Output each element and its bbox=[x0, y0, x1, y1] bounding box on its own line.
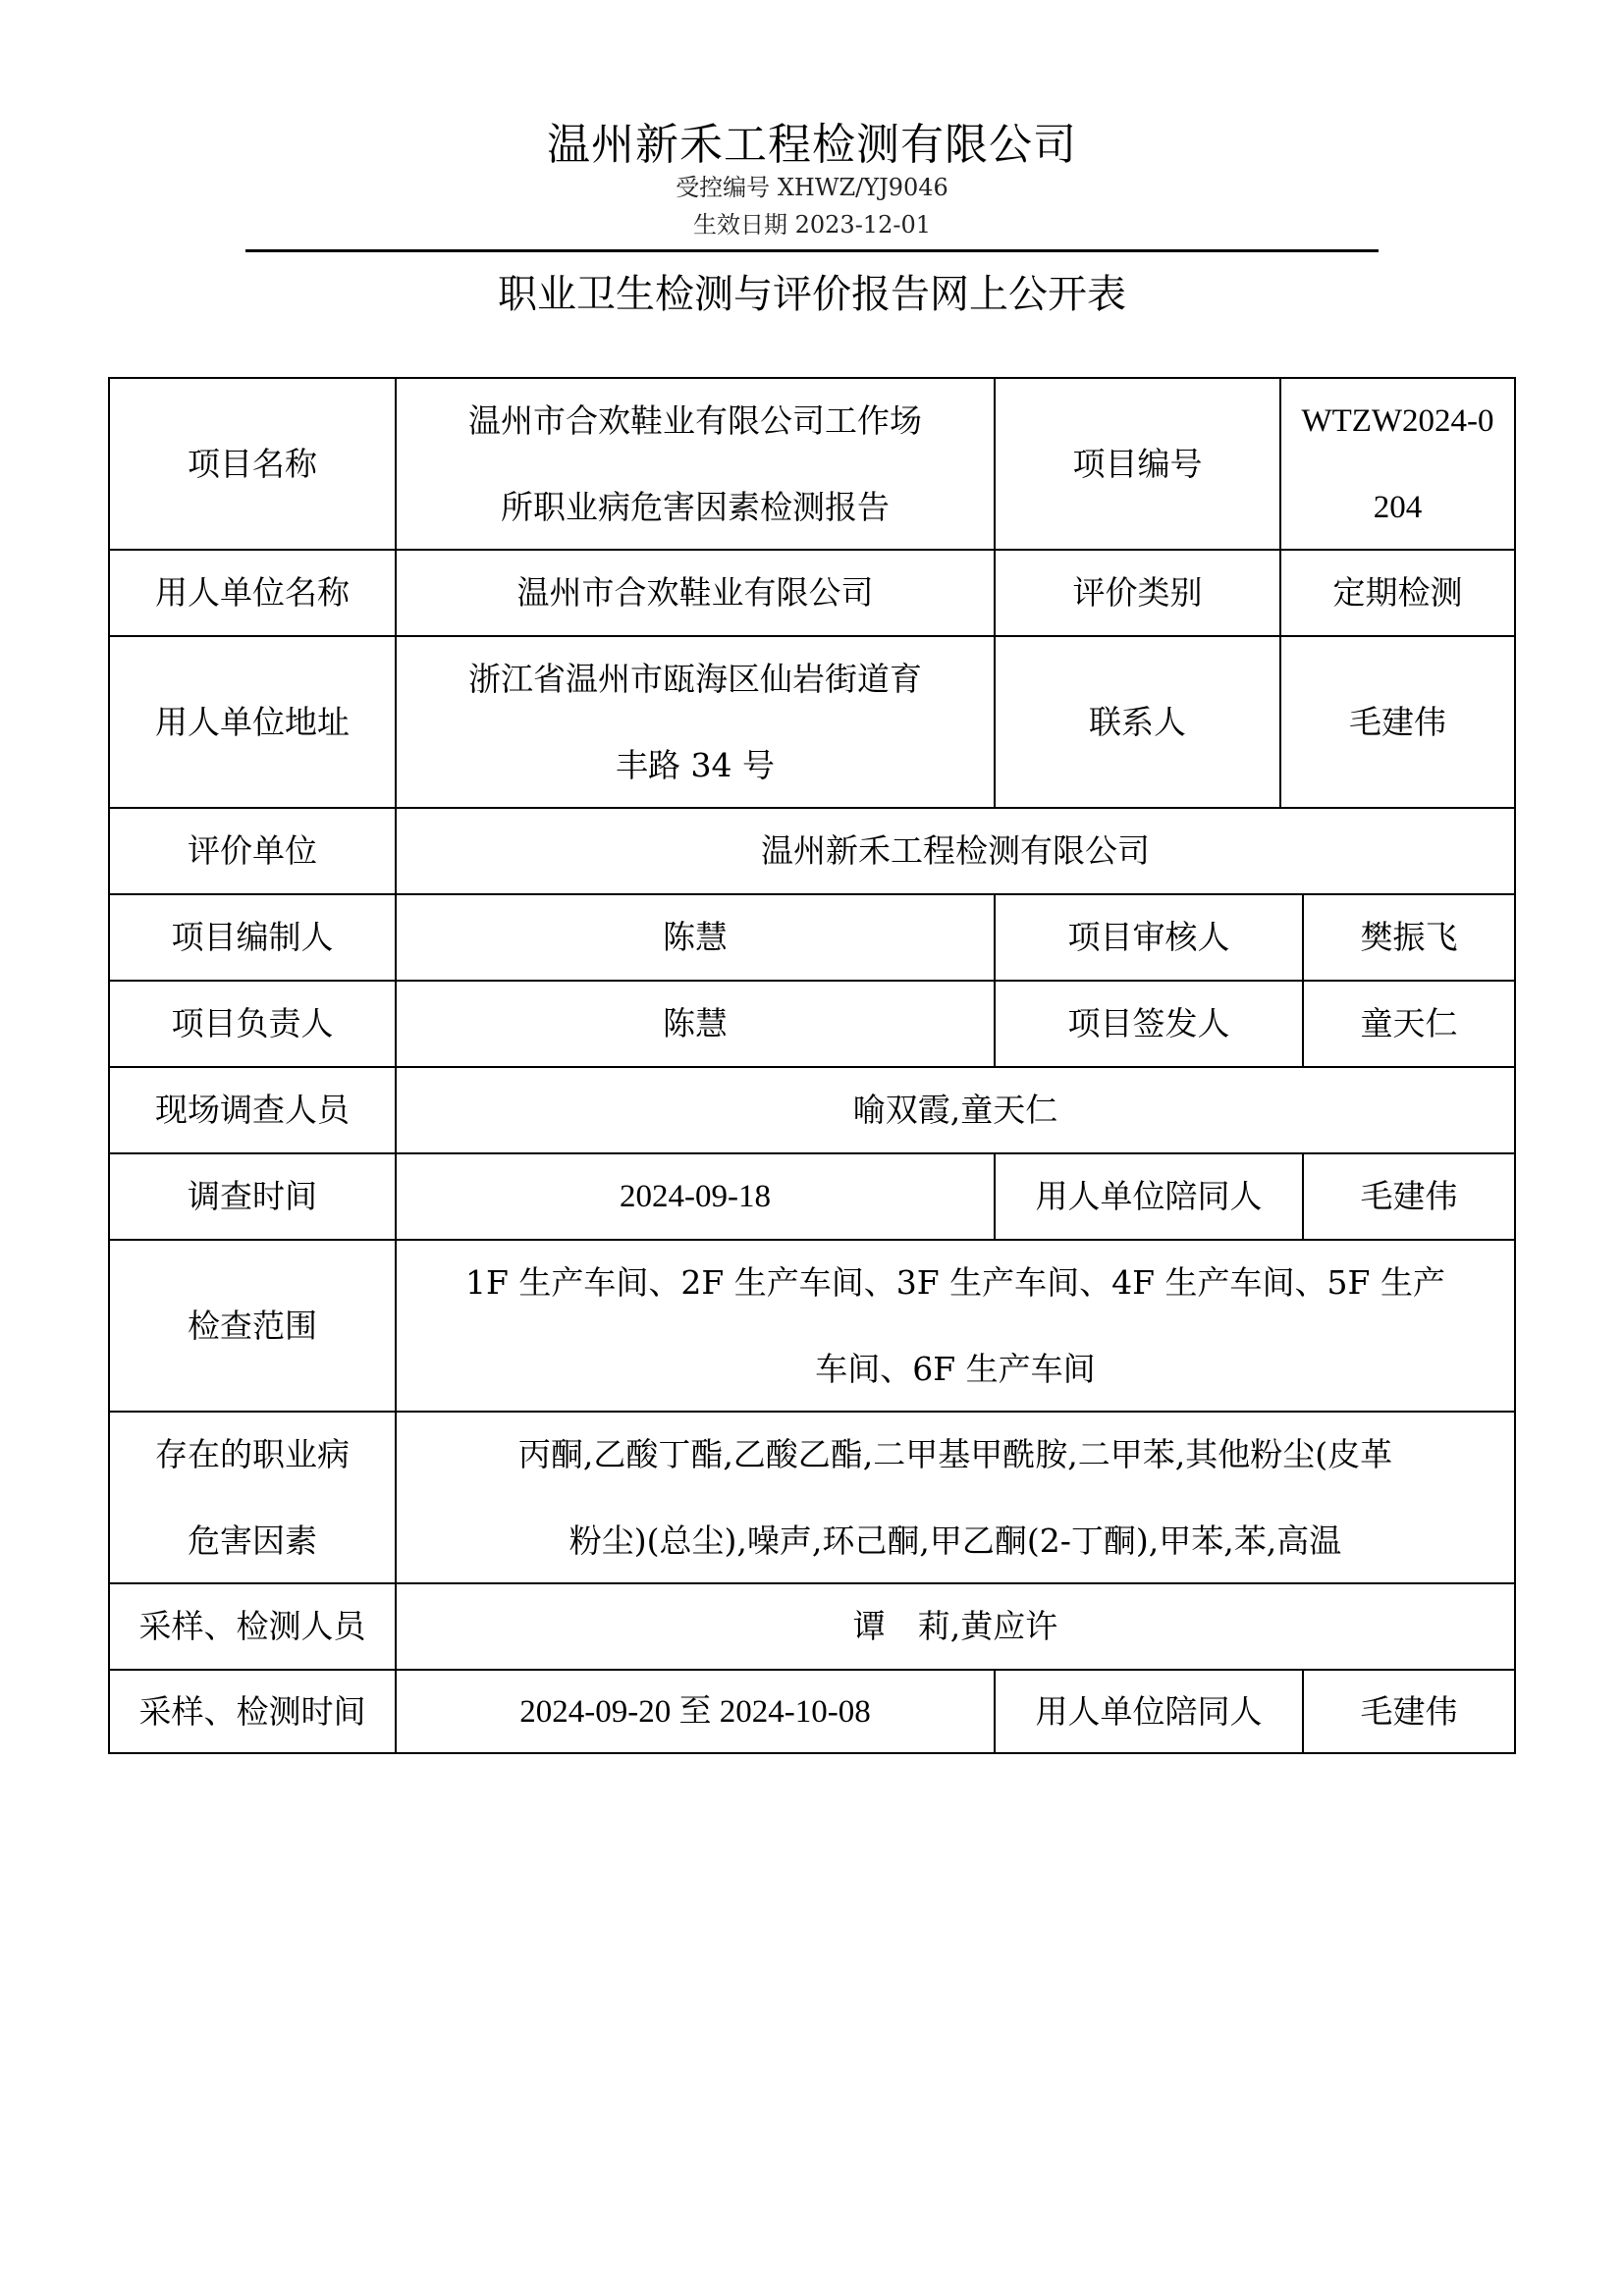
address-line2: 丰路 34 号 bbox=[468, 722, 922, 809]
label-employer-address: 用人单位地址 bbox=[108, 637, 395, 807]
value-site-survey-staff: 喻双霞,童天仁 bbox=[395, 1068, 1516, 1152]
label-hazards: 存在的职业病 危害因素 bbox=[108, 1413, 395, 1582]
table-row-survey-time: 调查时间 2024-09-18 用人单位陪同人 毛建伟 bbox=[108, 1152, 1516, 1239]
hazards-line1: 丙酮,乙酸丁酯,乙酸乙酯,二甲基甲酰胺,二甲苯,其他粉尘(皮革 bbox=[518, 1412, 1392, 1498]
table-row-evaluator: 评价单位 温州新禾工程检测有限公司 bbox=[108, 807, 1516, 893]
label-sampling-time: 采样、检测时间 bbox=[108, 1671, 395, 1752]
value-project-code: WTZW2024-0 204 bbox=[1279, 379, 1516, 549]
label-leader: 项目负责人 bbox=[108, 982, 395, 1066]
table-row-sampling-staff: 采样、检测人员 谭 莉,黄应许 bbox=[108, 1582, 1516, 1669]
value-leader: 陈慧 bbox=[395, 982, 994, 1066]
value-evaluation-category: 定期检测 bbox=[1279, 551, 1516, 635]
label-issuer: 项目签发人 bbox=[994, 982, 1302, 1066]
value-survey-time: 2024-09-18 bbox=[395, 1154, 994, 1239]
table-row-hazards: 存在的职业病 危害因素 丙酮,乙酸丁酯,乙酸乙酯,二甲基甲酰胺,二甲苯,其他粉尘… bbox=[108, 1411, 1516, 1582]
scope-line1: 1F 生产车间、2F 生产车间、3F 生产车间、4F 生产车间、5F 生产 bbox=[465, 1240, 1445, 1326]
table-row-inspection-scope: 检查范围 1F 生产车间、2F 生产车间、3F 生产车间、4F 生产车间、5F … bbox=[108, 1239, 1516, 1411]
company-title: 温州新禾工程检测有限公司 bbox=[0, 120, 1624, 171]
value-sampling-staff: 谭 莉,黄应许 bbox=[395, 1584, 1516, 1669]
disclosure-table: 项目名称 温州市合欢鞋业有限公司工作场 所职业病危害因素检测报告 项目编号 WT… bbox=[108, 377, 1516, 1754]
scope-line2: 车间、6F 生产车间 bbox=[465, 1326, 1445, 1413]
label-project-code: 项目编号 bbox=[994, 379, 1279, 549]
value-reviewer: 樊振飞 bbox=[1302, 895, 1516, 980]
project-name-line1: 温州市合欢鞋业有限公司工作场 bbox=[468, 378, 922, 464]
table-row-compiler: 项目编制人 陈慧 项目审核人 樊振飞 bbox=[108, 893, 1516, 980]
label-contact: 联系人 bbox=[994, 637, 1279, 807]
table-row-sampling-time: 采样、检测时间 2024-09-20 至 2024-10-08 用人单位陪同人 … bbox=[108, 1669, 1516, 1754]
label-survey-escort: 用人单位陪同人 bbox=[994, 1154, 1302, 1239]
value-issuer: 童天仁 bbox=[1302, 982, 1516, 1066]
label-site-survey-staff: 现场调查人员 bbox=[108, 1068, 395, 1152]
address-line1: 浙江省温州市瓯海区仙岩街道育 bbox=[468, 636, 922, 722]
table-row-project-name: 项目名称 温州市合欢鞋业有限公司工作场 所职业病危害因素检测报告 项目编号 WT… bbox=[108, 377, 1516, 549]
value-survey-escort: 毛建伟 bbox=[1302, 1154, 1516, 1239]
label-sampling-escort: 用人单位陪同人 bbox=[994, 1671, 1302, 1752]
value-project-name: 温州市合欢鞋业有限公司工作场 所职业病危害因素检测报告 bbox=[395, 379, 994, 549]
table-row-employer-address: 用人单位地址 浙江省温州市瓯海区仙岩街道育 丰路 34 号 联系人 毛建伟 bbox=[108, 635, 1516, 807]
hazards-label-line2: 危害因素 bbox=[155, 1498, 350, 1584]
header-divider bbox=[245, 249, 1379, 252]
label-sampling-staff: 采样、检测人员 bbox=[108, 1584, 395, 1669]
value-sampling-escort: 毛建伟 bbox=[1302, 1671, 1516, 1752]
value-evaluator: 温州新禾工程检测有限公司 bbox=[395, 809, 1516, 893]
hazards-line2: 粉尘)(总尘),噪声,环己酮,甲乙酮(2-丁酮),甲苯,苯,高温 bbox=[518, 1498, 1392, 1584]
hazards-label-line1: 存在的职业病 bbox=[155, 1412, 350, 1498]
label-reviewer: 项目审核人 bbox=[994, 895, 1302, 980]
label-survey-time: 调查时间 bbox=[108, 1154, 395, 1239]
value-compiler: 陈慧 bbox=[395, 895, 994, 980]
value-sampling-time: 2024-09-20 至 2024-10-08 bbox=[395, 1671, 994, 1752]
project-name-line2: 所职业病危害因素检测报告 bbox=[468, 464, 922, 551]
form-title: 职业卫生检测与评价报告网上公开表 bbox=[0, 271, 1624, 318]
label-compiler: 项目编制人 bbox=[108, 895, 395, 980]
value-inspection-scope: 1F 生产车间、2F 生产车间、3F 生产车间、4F 生产车间、5F 生产 车间… bbox=[395, 1241, 1516, 1411]
control-code: 受控编号 XHWZ/YJ9046 bbox=[0, 173, 1624, 202]
label-inspection-scope: 检查范围 bbox=[108, 1241, 395, 1411]
project-code-line2: 204 bbox=[1301, 464, 1493, 551]
value-employer-address: 浙江省温州市瓯海区仙岩街道育 丰路 34 号 bbox=[395, 637, 994, 807]
value-employer-name: 温州市合欢鞋业有限公司 bbox=[395, 551, 994, 635]
table-row-employer-name: 用人单位名称 温州市合欢鞋业有限公司 评价类别 定期检测 bbox=[108, 549, 1516, 635]
value-contact: 毛建伟 bbox=[1279, 637, 1516, 807]
label-project-name: 项目名称 bbox=[108, 379, 395, 549]
value-hazards: 丙酮,乙酸丁酯,乙酸乙酯,二甲基甲酰胺,二甲苯,其他粉尘(皮革 粉尘)(总尘),… bbox=[395, 1413, 1516, 1582]
effective-date: 生效日期 2023-12-01 bbox=[0, 210, 1624, 240]
table-row-leader: 项目负责人 陈慧 项目签发人 童天仁 bbox=[108, 980, 1516, 1066]
table-row-site-survey-staff: 现场调查人员 喻双霞,童天仁 bbox=[108, 1066, 1516, 1152]
project-code-line1: WTZW2024-0 bbox=[1301, 378, 1493, 464]
label-evaluation-category: 评价类别 bbox=[994, 551, 1279, 635]
label-employer-name: 用人单位名称 bbox=[108, 551, 395, 635]
label-evaluator: 评价单位 bbox=[108, 809, 395, 893]
